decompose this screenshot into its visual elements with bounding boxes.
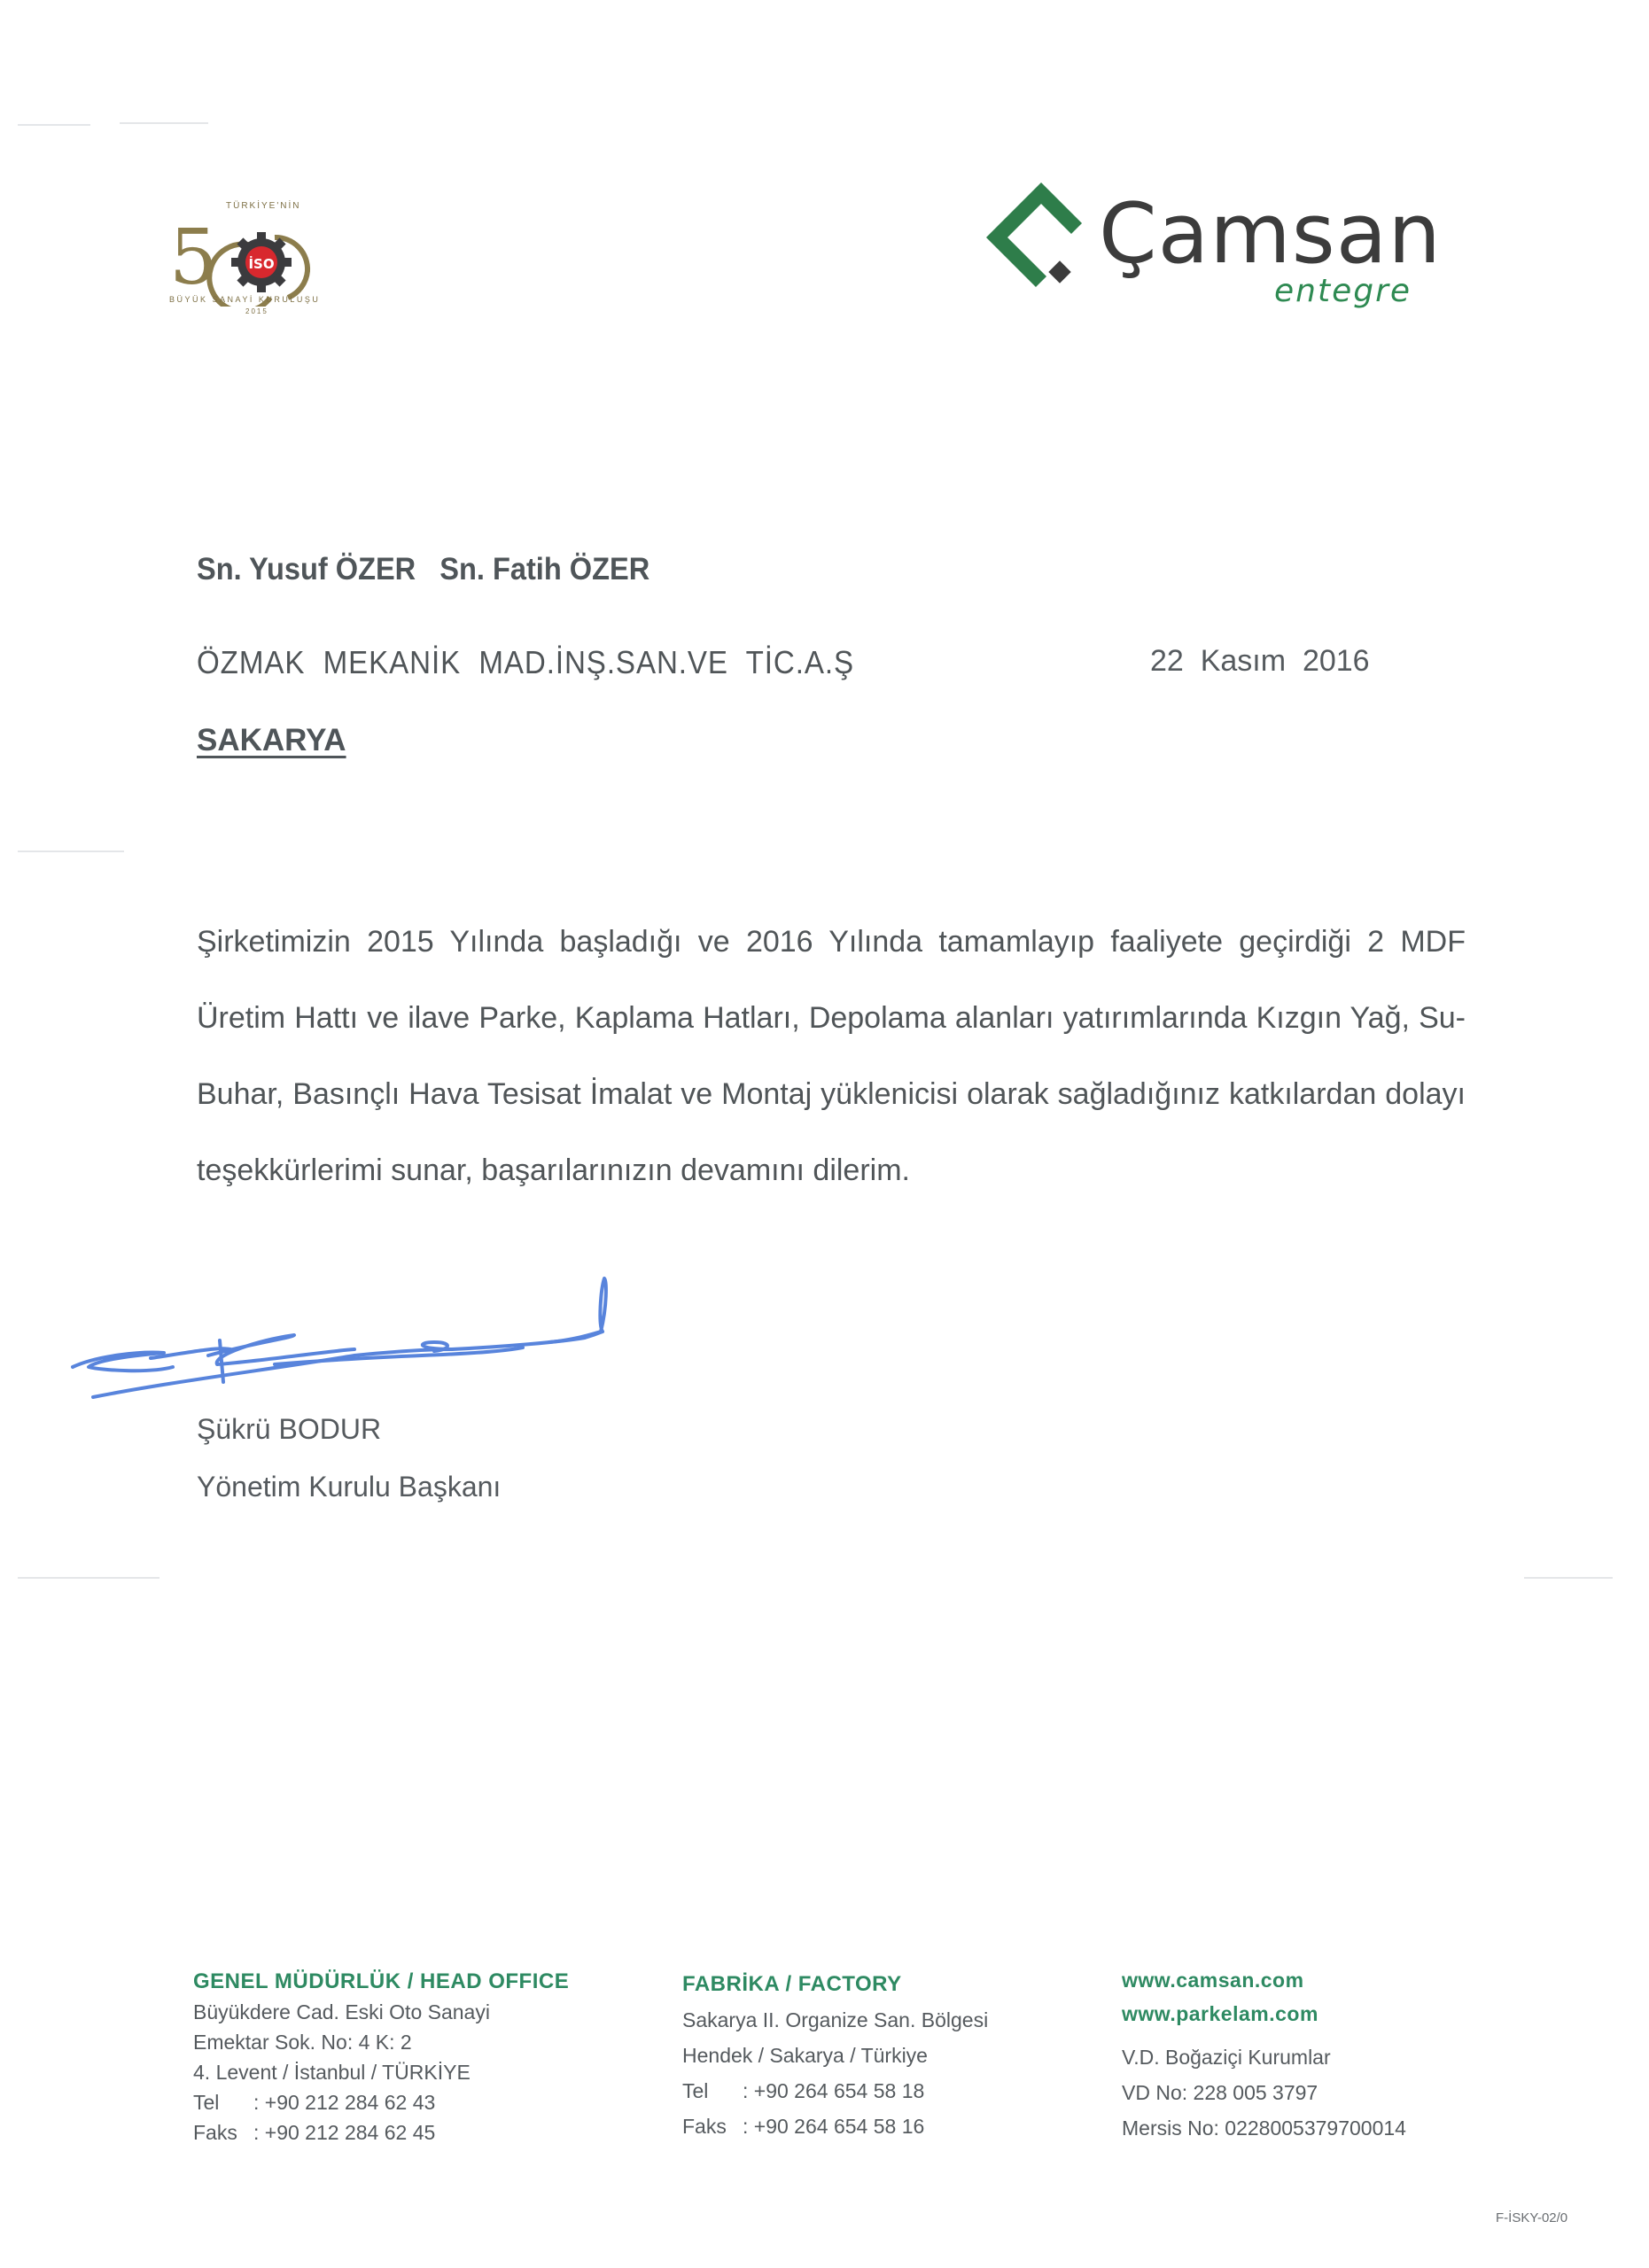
website-link-camsan[interactable]: www.camsan.com [1122,1963,1406,1997]
tax-office: V.D. Boğaziçi Kurumlar [1122,2039,1406,2075]
head-office-fax-label: Faks [193,2117,253,2148]
head-office-address-line: 4. Levent / İstanbul / TÜRKİYE [193,2057,569,2087]
iso-logo-year: 2015 [245,307,268,315]
iso-500-emblem-icon: 5 İSO [164,209,359,307]
camsan-diamond-icon [979,177,1094,301]
factory-fax: : +90 264 654 58 16 [743,2115,924,2138]
signer-title: Yönetim Kurulu Başkanı [197,1471,501,1503]
factory-tel-label: Tel [682,2073,743,2109]
head-office-tel-label: Tel [193,2087,253,2117]
letter-date: 22 Kasım 2016 [1150,644,1370,679]
tax-number: VD No: 228 005 3797 [1122,2075,1406,2110]
signature-icon [62,1271,629,1404]
letter-body: Şirketimizin 2015 Yılında başladığı ve 2… [197,904,1466,1208]
head-office-heading: GENEL MÜDÜRLÜK / HEAD OFFICE [193,1967,569,1997]
head-office-address-line: Emektar Sok. No: 4 K: 2 [193,2027,569,2057]
camsan-logo: Çamsan entegre [979,177,1475,319]
camsan-subtitle: entegre [1274,273,1412,309]
scan-artifact [120,122,208,124]
scan-artifact [18,850,124,852]
camsan-name: Çamsan [1099,186,1442,283]
footer-head-office: GENEL MÜDÜRLÜK / HEAD OFFICE Büyükdere C… [193,1967,569,2148]
factory-heading: FABRİKA / FACTORY [682,1967,988,2002]
head-office-tel: : +90 212 284 62 43 [253,2091,435,2114]
factory-fax-label: Faks [682,2109,743,2144]
footer-factory: FABRİKA / FACTORY Sakarya II. Organize S… [682,1967,988,2144]
factory-address-line: Hendek / Sakarya / Türkiye [682,2038,988,2073]
factory-address-line: Sakarya II. Organize San. Bölgesi [682,2002,988,2038]
scan-artifact [1524,1577,1613,1579]
head-office-fax: : +90 212 284 62 45 [253,2121,435,2144]
website-link-parkelam[interactable]: www.parkelam.com [1122,1997,1406,2031]
iso-500-logo: TÜRKİYE'NİN 5 İSO BÜYÜK SANAYİ KURULUŞU … [164,197,359,321]
scan-artifact [18,124,90,126]
recipient-city: SAKARYA [197,723,346,758]
mersis-number: Mersis No: 0228005379700014 [1122,2110,1406,2146]
iso-logo-bottom-text: BÜYÜK SANAYİ KURULUŞU [169,295,320,304]
factory-tel: : +90 264 654 58 18 [743,2079,924,2102]
svg-text:İSO: İSO [248,255,274,272]
head-office-address-line: Büyükdere Cad. Eski Oto Sanayi [193,1997,569,2027]
recipient-names: Sn. Yusuf ÖZER Sn. Fatih ÖZER [197,552,649,587]
footer-company-info: www.camsan.com www.parkelam.com V.D. Boğ… [1122,1963,1406,2146]
scan-artifact [18,1577,159,1579]
form-code: F-İSKY-02/0 [1496,2210,1567,2225]
signer-name: Şükrü BODUR [197,1413,381,1446]
recipient-company: ÖZMAK MEKANİK MAD.İNŞ.SAN.VE TİC.A.Ş [197,644,854,681]
